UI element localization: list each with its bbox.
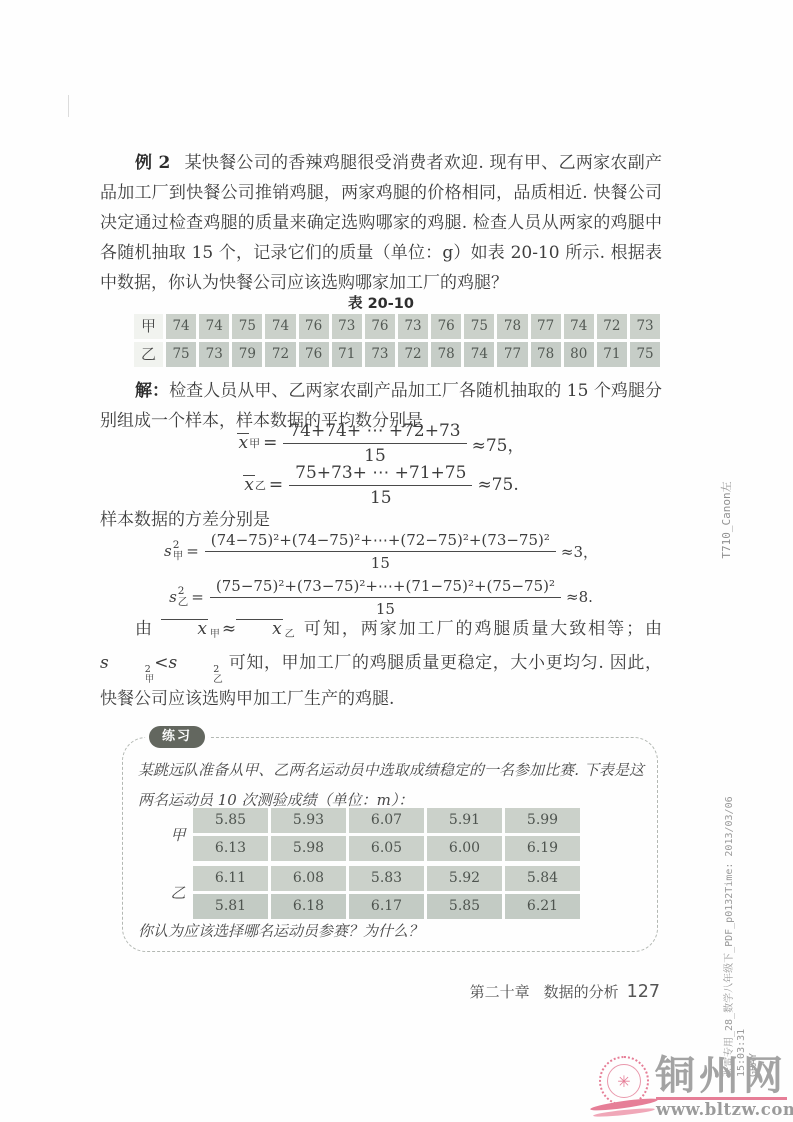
- quality-value-cell: 74: [564, 314, 594, 339]
- quality-value-cell: 76: [299, 342, 329, 367]
- variance-formula-jia: s2甲 = (74−75)²+(74−75)²+⋯+(72−75)²+(73−7…: [100, 528, 662, 574]
- variable-subscript: 乙: [178, 675, 223, 685]
- quality-value-cell: 73: [332, 314, 362, 339]
- mean-formula-jia: x甲 = 74+74+ ⋯ +72+73 15 ≈75，: [100, 420, 662, 466]
- quality-value-cell: 74: [199, 314, 229, 339]
- practice-value-cell: 5.83: [349, 866, 424, 891]
- practice-value-cell: 6.00: [427, 836, 502, 861]
- page-number: 127: [627, 982, 660, 1002]
- quality-value-cell: 77: [497, 342, 527, 367]
- sup-sub-stack: 2甲: [173, 540, 184, 562]
- solution-label: 解：: [135, 381, 169, 401]
- practice-value-cell: 5.92: [427, 866, 502, 891]
- quality-value-cell: 74: [265, 314, 295, 339]
- quality-value-cell: 78: [497, 314, 527, 339]
- practice-table-group: 乙6.116.085.835.925.845.816.186.175.856.2…: [166, 866, 580, 919]
- s2-jia-inline: s2甲: [100, 653, 154, 673]
- equals-sign: =: [269, 475, 283, 495]
- quality-value-cell: 75: [464, 314, 494, 339]
- conclusion-paragraph: 由 x甲≈x乙 可知，两家加工厂的鸡腿质量大致相等；由 s2甲<s2乙 可知，甲…: [100, 615, 662, 714]
- quality-table: 甲747475747673767376757877747273乙75737972…: [134, 314, 660, 367]
- practice-value-cell: 6.19: [505, 836, 580, 861]
- practice-value-cell: 6.13: [193, 836, 268, 861]
- quality-value-cell: 78: [531, 342, 561, 367]
- watermark-site-url: www.bltzw.com: [656, 1100, 787, 1119]
- equals-sign: =: [191, 588, 204, 606]
- conclusion-seg2: 可知，两家加工厂的鸡腿质量大致相等；由: [297, 619, 662, 639]
- practice-value-cell: 6.07: [349, 808, 424, 833]
- practice-table-grid: 5.855.936.075.915.996.135.986.056.006.19: [193, 808, 580, 861]
- row-label: 甲: [166, 824, 190, 845]
- practice-question: 你认为应该选择哪名运动员参赛？为什么？: [138, 920, 638, 941]
- quality-value-cell: 78: [431, 342, 461, 367]
- fraction-numerator: (74−75)²+(74−75)²+⋯+(72−75)²+(73−75)²: [205, 531, 556, 552]
- approx-operator: ≈: [222, 619, 236, 639]
- scanner-annotation: T710_Canon左: [718, 470, 734, 570]
- variable-subscript: 甲: [110, 675, 155, 685]
- fraction: 74+74+ ⋯ +72+73 15: [283, 421, 466, 466]
- file-annotation: 张雷专用_28_数学八年级下_PDF_p0132Time: 2013/03/06…: [724, 747, 760, 1077]
- less-than-operator: <: [154, 653, 168, 673]
- example-label: 例 2: [135, 153, 170, 173]
- quality-value-cell: 80: [564, 342, 594, 367]
- practice-table-grid: 6.116.085.835.925.845.816.186.175.856.21: [193, 866, 580, 919]
- practice-value-cell: 5.85: [193, 808, 268, 833]
- fraction: (74−75)²+(74−75)²+⋯+(72−75)²+(73−75)² 15: [205, 531, 556, 572]
- scan-artifact-line: [68, 95, 69, 117]
- quality-value-cell: 73: [365, 342, 395, 367]
- color-mode-label: GRAY: [748, 747, 760, 1077]
- s-variable: s: [169, 588, 177, 606]
- xbar-jia-inline: x甲: [161, 619, 222, 639]
- s-variable: s: [100, 653, 109, 673]
- formula-result: ≈75，: [472, 431, 525, 456]
- fraction: (75−75)²+(73−75)²+⋯+(71−75)²+(75−75)² 15: [210, 577, 561, 618]
- fraction-numerator: 75+73+ ⋯ +71+75: [289, 463, 472, 486]
- xbar-yi-inline: x乙: [236, 619, 297, 639]
- fraction-numerator: 74+74+ ⋯ +72+73: [283, 421, 466, 444]
- xbar-variable: x: [236, 619, 283, 639]
- xbar-variable: x: [161, 619, 208, 639]
- quality-value-cell: 76: [431, 314, 461, 339]
- quality-table-row: 甲747475747673767376757877747273: [134, 314, 660, 339]
- row-label: 乙: [166, 882, 190, 903]
- variable-subscript: 甲: [249, 435, 260, 451]
- quality-value-cell: 71: [597, 342, 627, 367]
- practice-value-cell: 6.08: [271, 866, 346, 891]
- quality-value-cell: 73: [630, 314, 660, 339]
- s-variable: s: [164, 542, 172, 560]
- conclusion-seg1: 由: [135, 619, 161, 639]
- quality-value-cell: 72: [398, 342, 428, 367]
- variable-subscript: 乙: [255, 477, 266, 493]
- xbar-variable: x: [237, 433, 249, 453]
- practice-badge: 练习: [149, 726, 205, 748]
- practice-value-cell: 5.85: [427, 894, 502, 919]
- fraction: 75+73+ ⋯ +71+75 15: [289, 463, 472, 508]
- quality-value-cell: 74: [166, 314, 196, 339]
- formula-result: ≈75.: [477, 475, 518, 495]
- quality-value-cell: 71: [332, 342, 362, 367]
- fraction-denominator: 15: [371, 552, 390, 572]
- quality-value-cell: 75: [166, 342, 196, 367]
- row-label: 甲: [134, 314, 163, 339]
- variance-intro: 样本数据的方差分别是: [100, 505, 662, 530]
- formula-result: ≈3，: [561, 541, 598, 562]
- practice-value-cell: 5.84: [505, 866, 580, 891]
- practice-value-cell: 6.17: [349, 894, 424, 919]
- s2-yi-inline: s2乙: [169, 653, 223, 673]
- quality-value-cell: 74: [464, 342, 494, 367]
- fraction-numerator: (75−75)²+(73−75)²+⋯+(71−75)²+(75−75)²: [210, 577, 561, 598]
- quality-value-cell: 72: [265, 342, 295, 367]
- practice-table-group: 甲5.855.936.075.915.996.135.986.056.006.1…: [166, 808, 580, 861]
- practice-value-cell: 5.99: [505, 808, 580, 833]
- sup-sub-stack: 2乙: [178, 586, 189, 608]
- variable-subscript: 乙: [283, 629, 297, 640]
- section-title: 数据的分析: [544, 983, 619, 1001]
- practice-value-cell: 5.91: [427, 808, 502, 833]
- watermark-site-name: 铜州网: [655, 1055, 787, 1097]
- quality-value-cell: 73: [398, 314, 428, 339]
- s-variable: s: [169, 653, 178, 673]
- variable-subscript: 甲: [208, 629, 222, 640]
- practice-table: 甲5.855.936.075.915.996.135.986.056.006.1…: [166, 808, 580, 919]
- row-label: 乙: [134, 342, 163, 367]
- practice-intro: 某跳远队准备从甲、乙两名运动员中选取成绩稳定的一名参加比赛. 下表是这两名运动员…: [138, 755, 644, 815]
- practice-value-cell: 6.18: [271, 894, 346, 919]
- quality-value-cell: 75: [630, 342, 660, 367]
- example-paragraph: 例 2某快餐公司的香辣鸡腿很受消费者欢迎. 现有甲、乙两家农副产品加工厂到快餐公…: [100, 148, 662, 298]
- example-body: 某快餐公司的香辣鸡腿很受消费者欢迎. 现有甲、乙两家农副产品加工厂到快餐公司推销…: [100, 153, 662, 293]
- variance-formula-yi: s2乙 = (75−75)²+(73−75)²+⋯+(71−75)²+(75−7…: [100, 574, 662, 620]
- xbar-variable: x: [243, 475, 255, 495]
- file-annotation-text: 张雷专用_28_数学八年级下_PDF_p0132Time: 2013/03/06…: [724, 747, 748, 1077]
- variable-subscript: 乙: [178, 597, 189, 608]
- flower-icon: ✳: [607, 1064, 641, 1098]
- equals-sign: =: [186, 542, 199, 560]
- quality-table-caption: 表 20-10: [100, 292, 662, 313]
- practice-value-cell: 6.11: [193, 866, 268, 891]
- page-footer: 第二十章数据的分析127: [100, 981, 660, 1002]
- practice-value-cell: 5.93: [271, 808, 346, 833]
- chapter-label: 第二十章: [470, 983, 530, 1001]
- quality-value-cell: 76: [299, 314, 329, 339]
- mean-formula-yi: x乙 = 75+73+ ⋯ +71+75 15 ≈75.: [100, 462, 662, 508]
- practice-value-cell: 5.98: [271, 836, 346, 861]
- quality-value-cell: 73: [199, 342, 229, 367]
- quality-value-cell: 76: [365, 314, 395, 339]
- quality-value-cell: 72: [597, 314, 627, 339]
- practice-value-cell: 5.81: [193, 894, 268, 919]
- quality-table-row: 乙757379727671737278747778807175: [134, 342, 660, 367]
- equals-sign: =: [263, 433, 277, 453]
- quality-value-cell: 79: [232, 342, 262, 367]
- variable-subscript: 甲: [173, 551, 184, 562]
- formula-result: ≈8.: [566, 588, 593, 606]
- quality-value-cell: 75: [232, 314, 262, 339]
- practice-value-cell: 6.21: [505, 894, 580, 919]
- textbook-page: 例 2某快餐公司的香辣鸡腿很受消费者欢迎. 现有甲、乙两家农副产品加工厂到快餐公…: [0, 0, 793, 1122]
- practice-value-cell: 6.05: [349, 836, 424, 861]
- quality-value-cell: 77: [531, 314, 561, 339]
